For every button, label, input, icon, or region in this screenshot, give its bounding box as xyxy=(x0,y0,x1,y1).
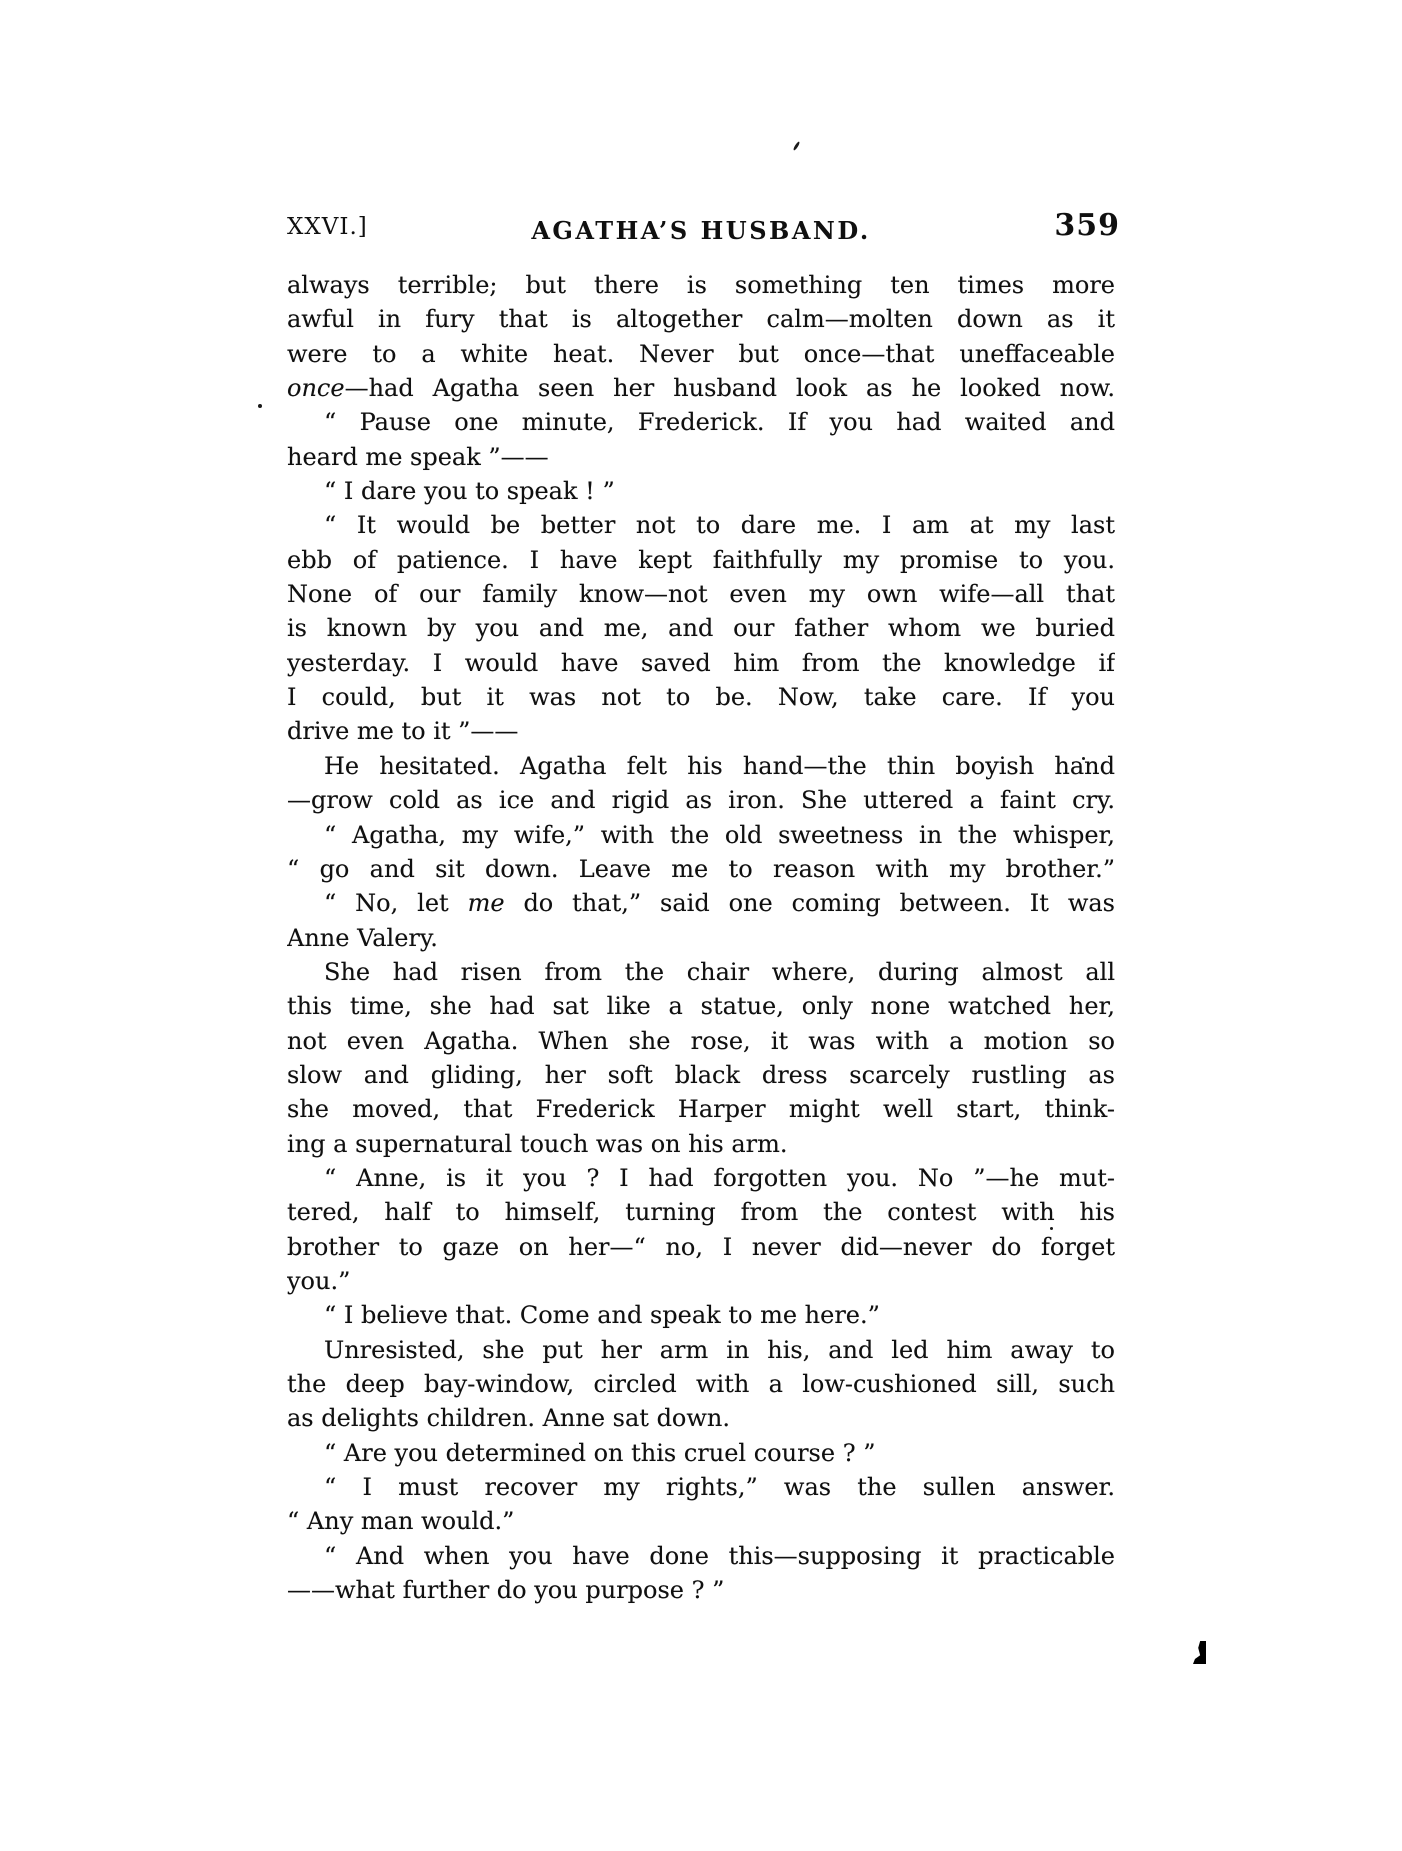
text-line: not even Agatha. When she rose, it was w… xyxy=(287,1024,1115,1058)
text-line: He hesitated. Agatha felt his hand—the t… xyxy=(287,749,1115,783)
ink-mark xyxy=(1193,1641,1206,1664)
text-line: awful in fury that is altogether calm—mo… xyxy=(287,302,1115,336)
scan-speck xyxy=(258,404,262,408)
paragraph: “ I dare you to speak ! ” xyxy=(287,474,1115,508)
paragraph: “ And when you have done this—supposing … xyxy=(287,1539,1115,1608)
paragraph: “ Are you determined on this cruel cours… xyxy=(287,1436,1115,1470)
paragraph: “ No, let me do that,” said one coming b… xyxy=(287,886,1115,955)
text-line: “ It would be better not to dare me. I a… xyxy=(287,508,1115,542)
text-line: tered, half to himself, turning from the… xyxy=(287,1195,1115,1229)
text-line: as delights children. Anne sat down. xyxy=(287,1401,1115,1435)
text-block: always terrible; but there is something … xyxy=(287,268,1115,1607)
text-line: She had risen from the chair where, duri… xyxy=(287,955,1115,989)
text-line: this time, she had sat like a statue, on… xyxy=(287,989,1115,1023)
scan-speck xyxy=(793,141,801,151)
paragraph: Unresisted, she put her arm in his, and … xyxy=(287,1333,1115,1436)
text-line: “ go and sit down. Leave me to reason wi… xyxy=(287,852,1115,886)
paragraph: “ I must recover my rights,” was the sul… xyxy=(287,1470,1115,1539)
page-number: 359 xyxy=(1054,208,1120,243)
text-line: “ Any man would.” xyxy=(287,1504,1115,1538)
text-line: “ I dare you to speak ! ” xyxy=(287,474,1115,508)
text-line: heard me speak ”—— xyxy=(287,440,1115,474)
paragraph: She had risen from the chair where, duri… xyxy=(287,955,1115,1161)
text-line: ——what further do you purpose ? ” xyxy=(287,1573,1115,1607)
text-line: “ Are you determined on this cruel cours… xyxy=(287,1436,1115,1470)
text-line: ebb of patience. I have kept faithfully … xyxy=(287,543,1115,577)
text-line: —grow cold as ice and rigid as iron. She… xyxy=(287,783,1115,817)
text-line: Anne Valery. xyxy=(287,921,1115,955)
text-line: slow and gliding, her soft black dress s… xyxy=(287,1058,1115,1092)
text-line: “ Agatha, my wife,” with the old sweetne… xyxy=(287,818,1115,852)
text-line: “ Pause one minute, Frederick. If you ha… xyxy=(287,405,1115,439)
text-line: always terrible; but there is something … xyxy=(287,268,1115,302)
text-line: is known by you and me, and our father w… xyxy=(287,611,1115,645)
paragraph: He hesitated. Agatha felt his hand—the t… xyxy=(287,749,1115,818)
text-line: she moved, that Frederick Harper might w… xyxy=(287,1092,1115,1126)
paragraph: always terrible; but there is something … xyxy=(287,268,1115,405)
text-line: once—had Agatha seen her husband look as… xyxy=(287,371,1115,405)
text-line: yesterday. I would have saved him from t… xyxy=(287,646,1115,680)
text-line: None of our family know—not even my own … xyxy=(287,577,1115,611)
text-line: the deep bay-window, circled with a low-… xyxy=(287,1367,1115,1401)
scan-speck xyxy=(1082,757,1085,760)
paragraph: “ Anne, is it you ? I had forgotten you.… xyxy=(287,1161,1115,1298)
text-line: drive me to it ”—— xyxy=(287,714,1115,748)
paragraph: “ Agatha, my wife,” with the old sweetne… xyxy=(287,818,1115,887)
text-line: were to a white heat. Never but once—tha… xyxy=(287,337,1115,371)
text-line: “ I must recover my rights,” was the sul… xyxy=(287,1470,1115,1504)
text-line: “ And when you have done this—supposing … xyxy=(287,1539,1115,1573)
paragraph: “ It would be better not to dare me. I a… xyxy=(287,508,1115,748)
paragraph: “ I believe that. Come and speak to me h… xyxy=(287,1298,1115,1332)
book-page: XXVI.] AGATHA’S HUSBAND. 359 always terr… xyxy=(0,0,1402,1851)
scan-speck xyxy=(1050,1227,1053,1230)
text-line: “ No, let me do that,” said one coming b… xyxy=(287,886,1115,920)
text-line: I could, but it was not to be. Now, take… xyxy=(287,680,1115,714)
text-line: ing a supernatural touch was on his arm. xyxy=(287,1127,1115,1161)
page-title: AGATHA’S HUSBAND. xyxy=(287,216,1115,245)
paragraph: “ Pause one minute, Frederick. If you ha… xyxy=(287,405,1115,474)
text-line: brother to gaze on her—“ no, I never did… xyxy=(287,1230,1115,1264)
text-line: Unresisted, she put her arm in his, and … xyxy=(287,1333,1115,1367)
text-line: “ I believe that. Come and speak to me h… xyxy=(287,1298,1115,1332)
text-line: you.” xyxy=(287,1264,1115,1298)
text-line: “ Anne, is it you ? I had forgotten you.… xyxy=(287,1161,1115,1195)
